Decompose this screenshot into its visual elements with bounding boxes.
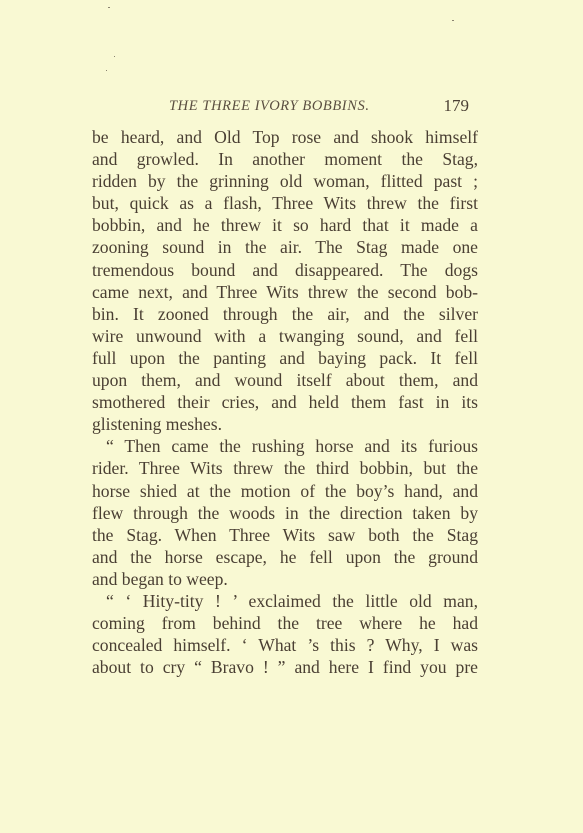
text-line: and the horse escape, he fell upon the g… [92,546,478,568]
text-line: bobbin, and he threw it so hard that it … [92,214,478,236]
text-line: full upon the panting and baying pack. I… [92,347,478,369]
scan-speck [108,7,110,8]
scan-speck [106,70,107,71]
text-line: bin. It zooned through the air, and the … [92,303,478,325]
text-line: horse shied at the motion of the boy’s h… [92,480,478,502]
text-line: zooning sound in the air. The Stag made … [92,236,478,258]
text-line: be heard, and Old Top rose and shook him… [92,126,478,148]
body-text: be heard, and Old Top rose and shook him… [92,126,478,678]
text-line: upon them, and wound itself about them, … [92,369,478,391]
text-line: ridden by the grinning old woman, flitte… [92,170,478,192]
text-line: “ ‘ Hity-tity ! ’ exclaimed the little o… [92,590,478,612]
text-line: but, quick as a flash, Three Wits threw … [92,192,478,214]
text-line: the Stag. When Three Wits saw both the S… [92,524,478,546]
running-head: THE THREE IVORY BOBBINS. 179 [92,96,477,116]
text-line: about to cry “ Bravo ! ” and here I find… [92,656,478,678]
text-line: came next, and Three Wits threw the seco… [92,281,478,303]
text-line: glistening meshes. [92,413,478,435]
text-line: flew through the woods in the direction … [92,502,478,524]
text-line: rider. Three Wits threw the third bobbin… [92,457,478,479]
text-line: coming from behind the tree where he had [92,612,478,634]
text-line: concealed himself. ‘ What ’s this ? Why,… [92,634,478,656]
text-line: wire unwound with a twanging sound, and … [92,325,478,347]
text-line: smothered their cries, and held them fas… [92,391,478,413]
page-number: 179 [444,96,470,116]
running-title: THE THREE IVORY BOBBINS. [169,98,370,115]
book-page: THE THREE IVORY BOBBINS. 179 be heard, a… [0,0,583,833]
scan-speck [452,20,454,21]
text-line: and growled. In another moment the Stag, [92,148,478,170]
text-line: tremendous bound and disappeared. The do… [92,259,478,281]
text-line: “ Then came the rushing horse and its fu… [92,435,478,457]
scan-speck [114,56,115,57]
text-line: and began to weep. [92,568,478,590]
